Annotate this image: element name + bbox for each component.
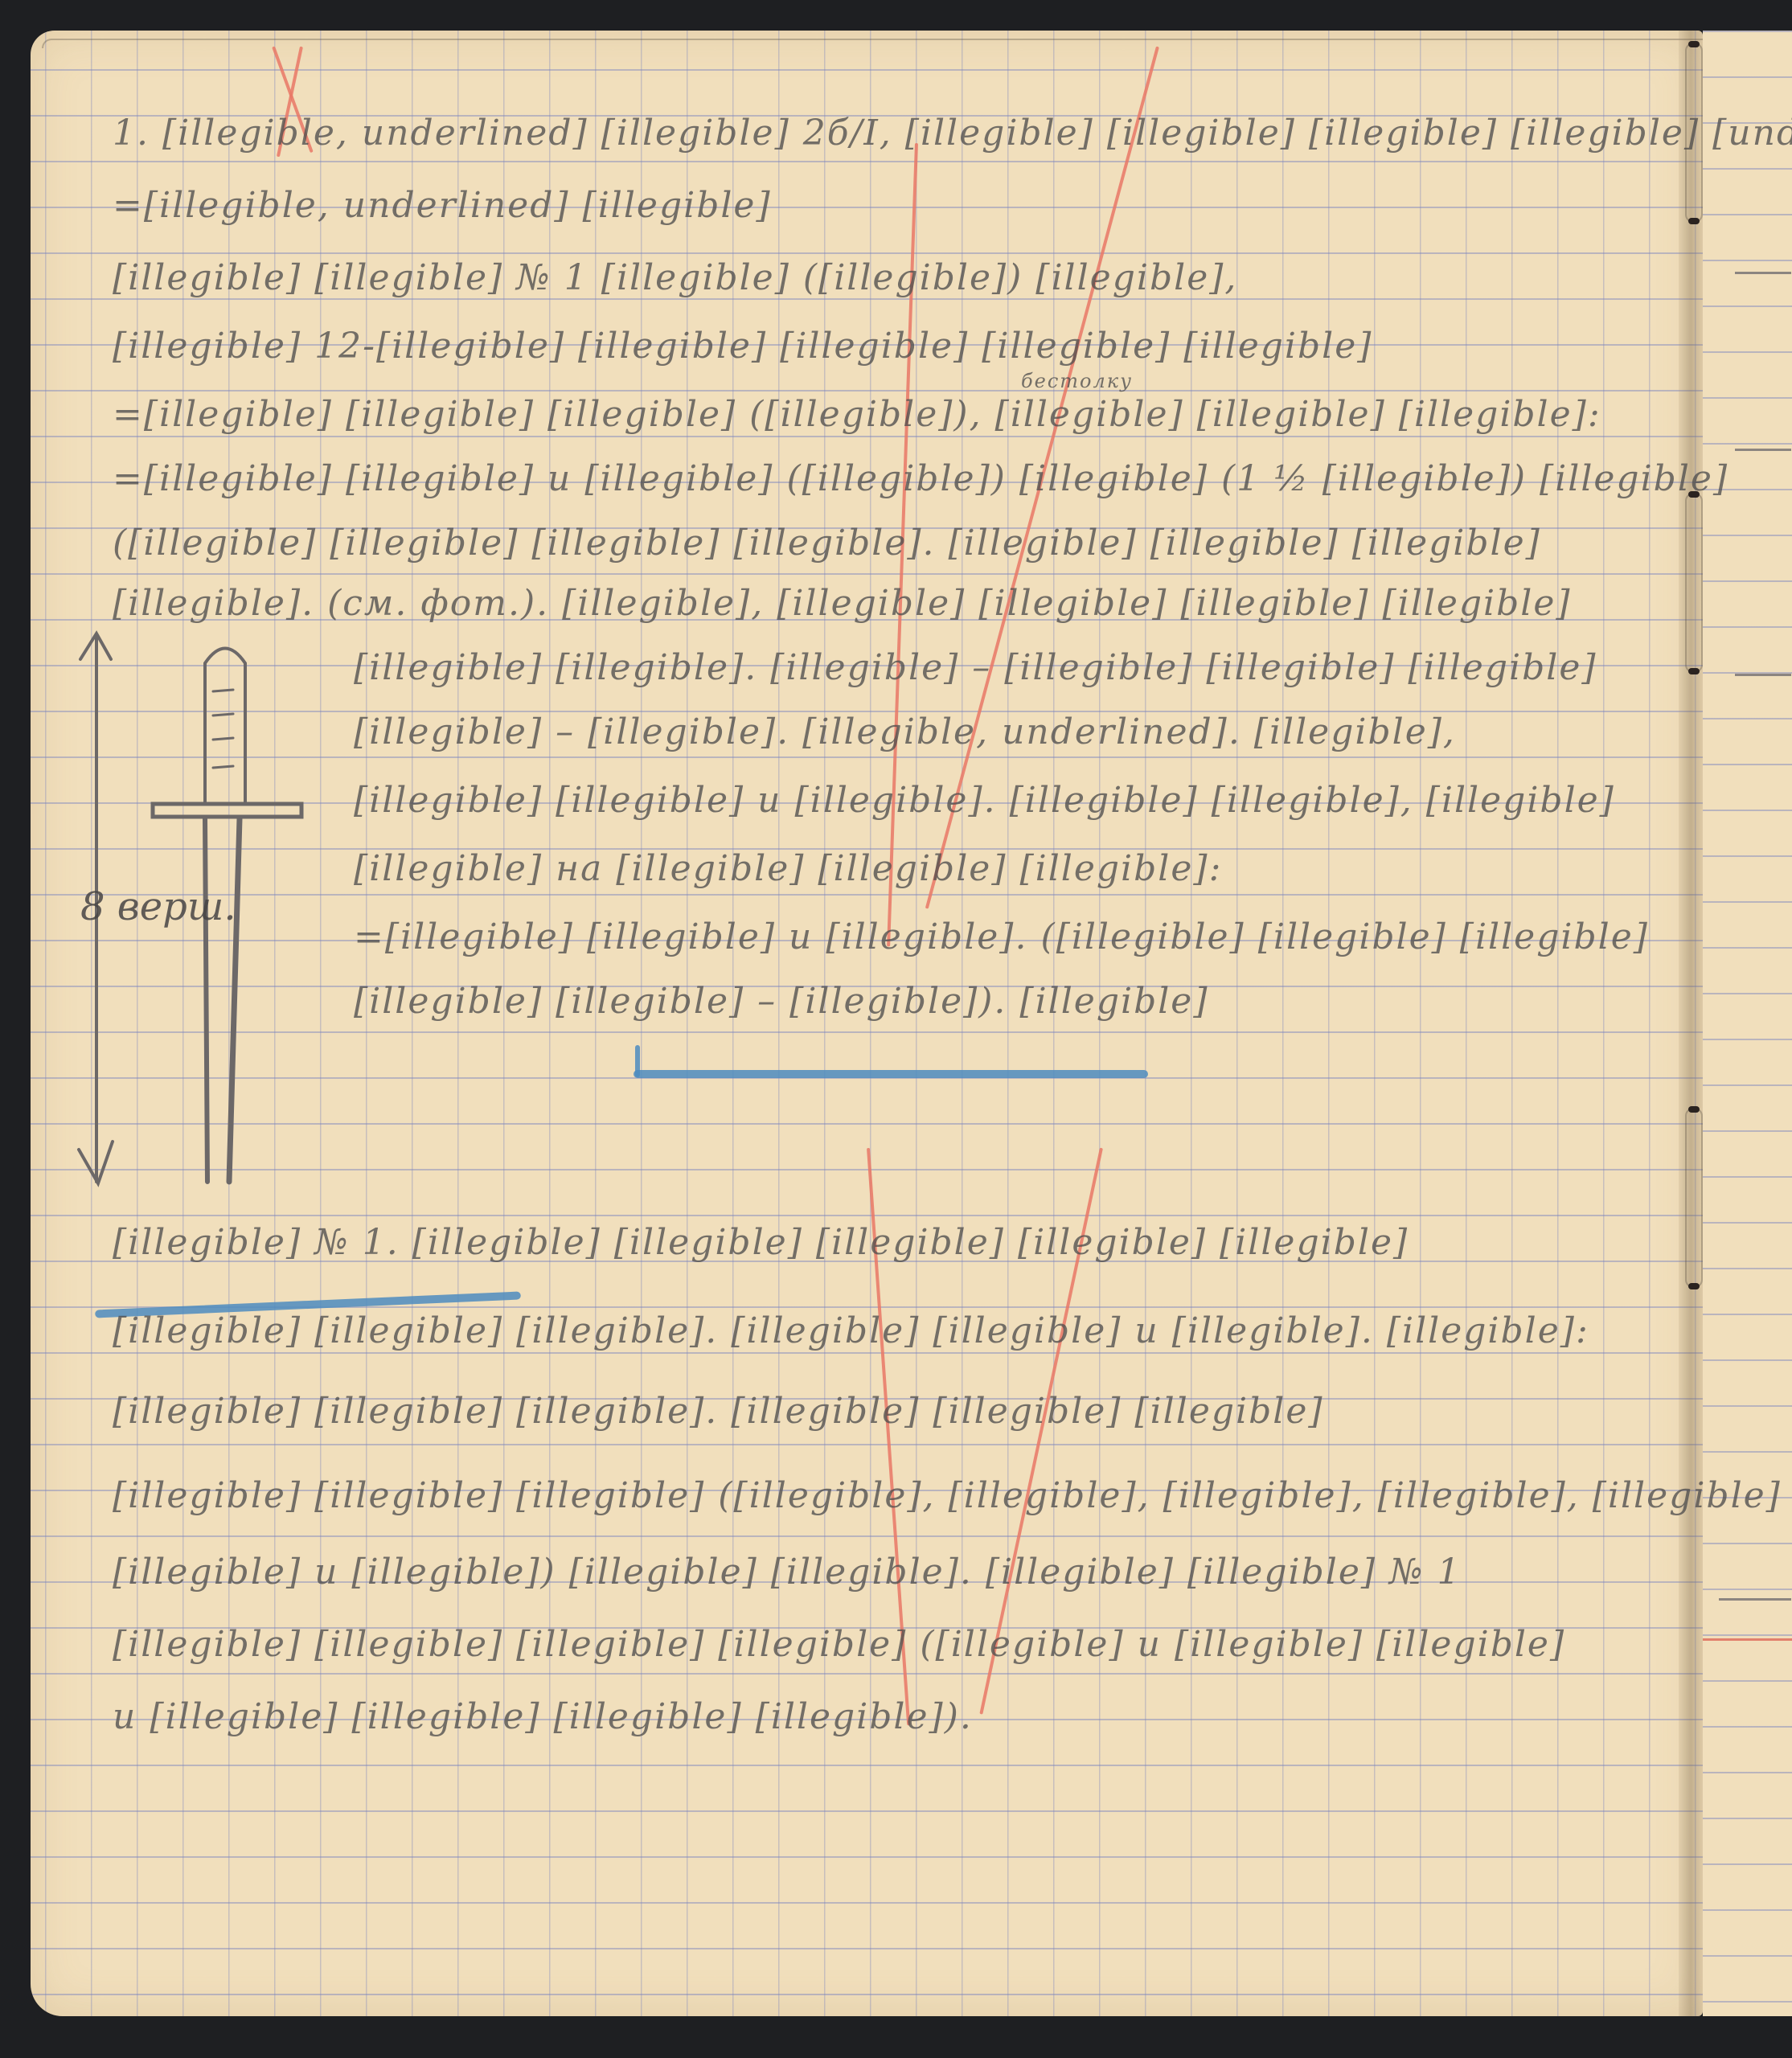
page-edge-rule — [42, 39, 1703, 48]
entry1-line-13: =[illegible] [illegible] и [illegible]. … — [354, 916, 1649, 957]
binding-gutter — [1679, 31, 1703, 2016]
entry1-line-4: [illegible] 12-[illegible] [illegible] [… — [113, 326, 1372, 367]
entry1-line-5: =[illegible] [illegible] [illegible] ([i… — [113, 394, 1601, 435]
entry1-line-6: =[illegible] [illegible] и [illegible] (… — [113, 458, 1728, 499]
entry2-line-4: [illegible] [illegible] [illegible] ([il… — [113, 1475, 1782, 1516]
dagger-dimension-label: 8 верш. — [80, 884, 236, 929]
facing-text-stub — [1719, 1598, 1791, 1601]
entry1-line-9: [illegible] [illegible]. [illegible] – [… — [354, 647, 1597, 688]
entry1-line-2: =[illegible, underlined] [illegible] — [113, 185, 772, 226]
entry2-line-7: и [illegible] [illegible] [illegible] [i… — [113, 1696, 973, 1737]
facing-text-stub — [1735, 449, 1791, 451]
staple-middle — [1685, 493, 1703, 673]
entry1-line-7: ([illegible] [illegible] [illegible] [il… — [113, 523, 1541, 564]
entry2-line-5: [illegible] и [illegible]) [illegible] [… — [113, 1552, 1462, 1593]
facing-red-line — [1703, 1638, 1792, 1641]
entry1-line-1: 1. [illegible, underlined] [illegible] 2… — [113, 113, 1792, 154]
staple-bottom — [1685, 1108, 1703, 1288]
entry1-line-3: [illegible] [illegible] № 1 [illegible] … — [113, 257, 1237, 298]
entry1-line-10: [illegible] – [illegible]. [illegible, u… — [354, 711, 1456, 752]
entry1-line-11: [illegible] [illegible] и [illegible]. [… — [354, 780, 1615, 821]
facing-text-stub — [1735, 674, 1791, 676]
section-divider-blue — [634, 1070, 1148, 1078]
divider-tick — [635, 1045, 640, 1077]
entry2-heading-line: [illegible] № 1. [illegible] [illegible]… — [113, 1222, 1409, 1263]
entry1-line-8: [illegible]. (см. фот.). [illegible], [i… — [113, 583, 1572, 624]
facing-page-edge — [1703, 31, 1792, 2016]
entry2-line-6: [illegible] [illegible] [illegible] [ill… — [113, 1624, 1565, 1665]
entry1-line-12: [illegible] на [illegible] [illegible] [… — [354, 848, 1222, 889]
superscript-note: бестолку — [1021, 370, 1133, 392]
entry2-line-3: [illegible] [illegible] [illegible]. [il… — [113, 1391, 1324, 1432]
entry1-line-14: [illegible] [illegible] – [illegible]). … — [354, 981, 1209, 1022]
facing-text-stub — [1735, 272, 1791, 274]
entry2-line-2: [illegible] [illegible] [illegible]. [il… — [113, 1310, 1589, 1351]
